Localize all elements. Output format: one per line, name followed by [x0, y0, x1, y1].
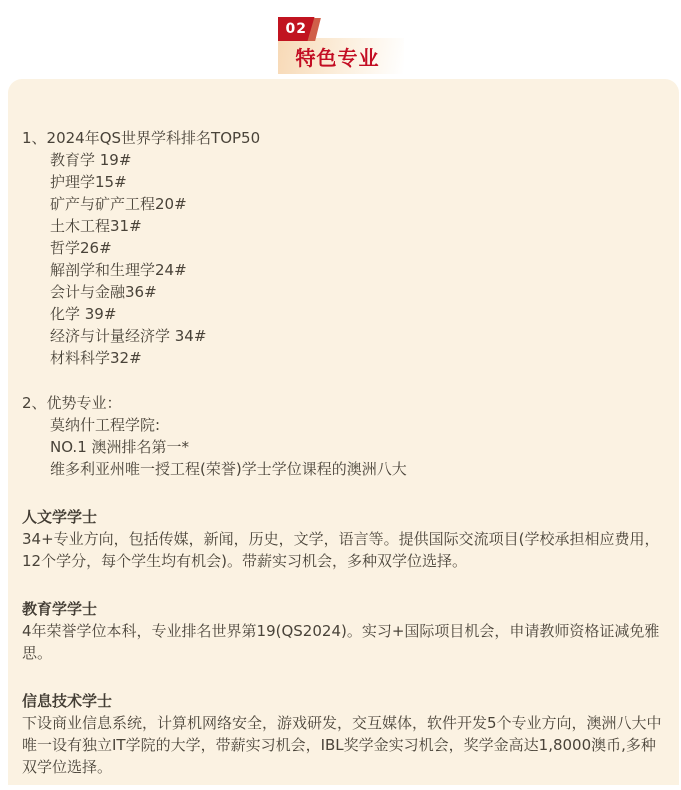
qs-ranking-heading: 1、2024年QS世界学科排名TOP50	[22, 127, 667, 149]
qs-ranking-item: 哲学26#	[50, 237, 667, 259]
section-title: 特色专业	[296, 42, 380, 71]
section-number-badge: 02	[278, 17, 324, 41]
section-title-band: 特色专业	[278, 38, 404, 74]
qs-ranking-item: 教育学 19#	[50, 149, 667, 171]
qs-ranking-item: 矿产与矿产工程20#	[50, 193, 667, 215]
program-title: 信息技术学士	[22, 690, 667, 712]
advantage-list: 莫纳什工程学院: NO.1 澳洲排名第一* 维多利亚州唯一授工程(荣誉)学士学位…	[22, 414, 667, 480]
program-description: 34+专业方向，包括传媒，新闻，历史，文学，语言等。提供国际交流项目(学校承担相…	[22, 528, 667, 572]
program-description: 下设商业信息系统，计算机网络安全，游戏研发，交互媒体，软件开发5个专业方向，澳洲…	[22, 712, 667, 778]
qs-ranking-list: 教育学 19# 护理学15# 矿产与矿产工程20# 土木工程31# 哲学26# …	[22, 149, 667, 369]
qs-ranking-item: 会计与金融36#	[50, 281, 667, 303]
advantage-heading: 2、优势专业：	[22, 392, 667, 414]
qs-ranking-item: 经济与计量经济学 34#	[50, 325, 667, 347]
qs-ranking-section: 1、2024年QS世界学科排名TOP50 教育学 19# 护理学15# 矿产与矿…	[22, 127, 667, 369]
program-description: 4年荣誉学位本科，专业排名世界第19(QS2024)。实习+国际项目机会，申请教…	[22, 620, 667, 664]
advantage-section: 2、优势专业： 莫纳什工程学院: NO.1 澳洲排名第一* 维多利亚州唯一授工程…	[22, 392, 667, 480]
qs-ranking-item: 土木工程31#	[50, 215, 667, 237]
program-education-section: 教育学学士 4年荣誉学位本科，专业排名世界第19(QS2024)。实习+国际项目…	[22, 598, 667, 664]
qs-ranking-item: 解剖学和生理学24#	[50, 259, 667, 281]
qs-ranking-item: 材料科学32#	[50, 347, 667, 369]
program-arts-section: 人文学学士 34+专业方向，包括传媒，新闻，历史，文学，语言等。提供国际交流项目…	[22, 506, 667, 572]
program-title: 教育学学士	[22, 598, 667, 620]
qs-ranking-item: 护理学15#	[50, 171, 667, 193]
content-card: 1、2024年QS世界学科排名TOP50 教育学 19# 护理学15# 矿产与矿…	[8, 79, 679, 785]
program-title: 人文学学士	[22, 506, 667, 528]
advantage-item: 莫纳什工程学院:	[50, 414, 667, 436]
qs-ranking-item: 化学 39#	[50, 303, 667, 325]
program-it-section: 信息技术学士 下设商业信息系统，计算机网络安全，游戏研发，交互媒体，软件开发5个…	[22, 690, 667, 778]
advantage-item: NO.1 澳洲排名第一*	[50, 436, 667, 458]
advantage-item: 维多利亚州唯一授工程(荣誉)学士学位课程的澳洲八大	[50, 458, 667, 480]
section-header: 02 特色专业	[278, 0, 404, 74]
